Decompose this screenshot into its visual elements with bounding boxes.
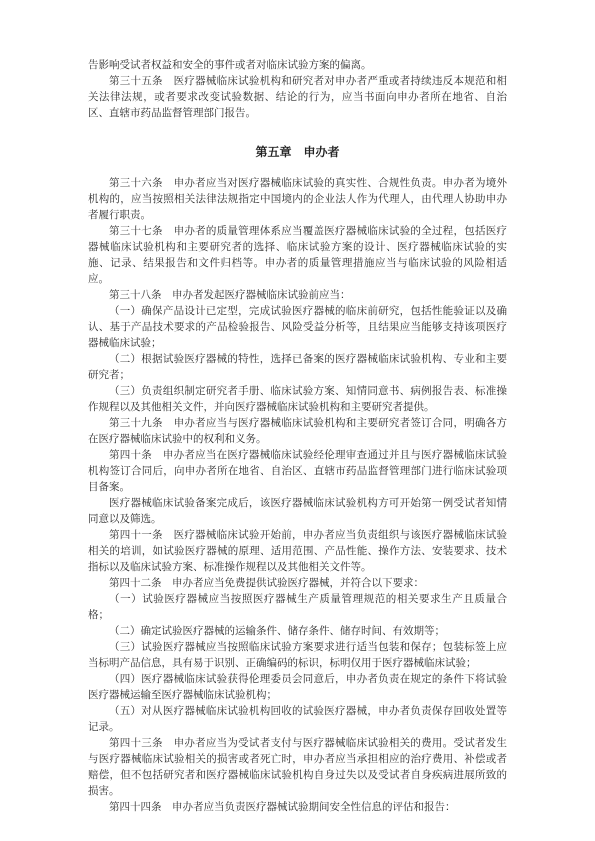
body-paragraph: 第四十三条 申办者应当为受试者支付与医疗器械临床试验相关的费用。受试者发生与医疗… (88, 736, 507, 800)
body-paragraph: （三）负责组织制定研究者手册、临床试验方案、知情同意书、病例报告表、标准操作规程… (88, 384, 507, 416)
body-paragraph: （四）医疗器械临床试验获得伦理委员会同意后，申办者负责在规定的条件下将试验医疗器… (88, 672, 507, 704)
document-page: 告影响受试者权益和安全的事件或者对临床试验方案的偏离。第三十五条 医疗器械临床试… (0, 0, 595, 841)
body-paragraph: 第三十八条 申办者发起医疗器械临床试验前应当： (88, 288, 507, 304)
body-paragraph: 第四十四条 申办者应当负责医疗器械试验期间安全性信息的评估和报告： (88, 800, 507, 816)
body-paragraph: （五）对从医疗器械临床试验机构回收的试验医疗器械，申办者负责保存回收处置等记录。 (88, 704, 507, 736)
document-body: 告影响受试者权益和安全的事件或者对临床试验方案的偏离。第三十五条 医疗器械临床试… (88, 58, 507, 816)
body-paragraph: （三）试验医疗器械应当按照临床试验方案要求进行适当包装和保存；包装标签上应当标明… (88, 640, 507, 672)
body-paragraph: 第三十七条 申办者的质量管理体系应当覆盖医疗器械临床试验的全过程，包括医疗器械临… (88, 224, 507, 288)
body-paragraph: 医疗器械临床试验备案完成后，该医疗器械临床试验机构方可开始第一例受试者知情同意以… (88, 496, 507, 528)
body-paragraph: 第三十六条 申办者应当对医疗器械临床试验的真实性、合规性负责。申办者为境外机构的… (88, 176, 507, 224)
body-paragraph: （一）试验医疗器械应当按照医疗器械生产质量管理规范的相关要求生产且质量合格； (88, 592, 507, 624)
body-paragraph: （二）根据试验医疗器械的特性，选择已备案的医疗器械临床试验机构、专业和主要研究者… (88, 352, 507, 384)
body-paragraph: 第四十条 申办者应当在医疗器械临床试验经伦理审查通过并且与医疗器械临床试验机构签… (88, 448, 507, 496)
chapter-heading: 第五章 申办者 (88, 144, 507, 160)
body-paragraph: （二）确定试验医疗器械的运输条件、储存条件、储存时间、有效期等； (88, 624, 507, 640)
body-paragraph: 第四十二条 申办者应当免费提供试验医疗器械，并符合以下要求： (88, 576, 507, 592)
body-paragraph: 第三十九条 申办者应当与医疗器械临床试验机构和主要研究者签订合同，明确各方在医疗… (88, 416, 507, 448)
body-paragraph: 第四十一条 医疗器械临床试验开始前，申办者应当负责组织与该医疗器械临床试验相关的… (88, 528, 507, 576)
body-paragraph: （一）确保产品设计已定型，完成试验医疗器械的临床前研究，包括性能验证以及确认、基… (88, 304, 507, 352)
continuation-paragraph: 告影响受试者权益和安全的事件或者对临床试验方案的偏离。 (88, 58, 507, 74)
body-paragraph: 第三十五条 医疗器械临床试验机构和研究者对申办者严重或者持续违反本规范和相关法律… (88, 74, 507, 122)
